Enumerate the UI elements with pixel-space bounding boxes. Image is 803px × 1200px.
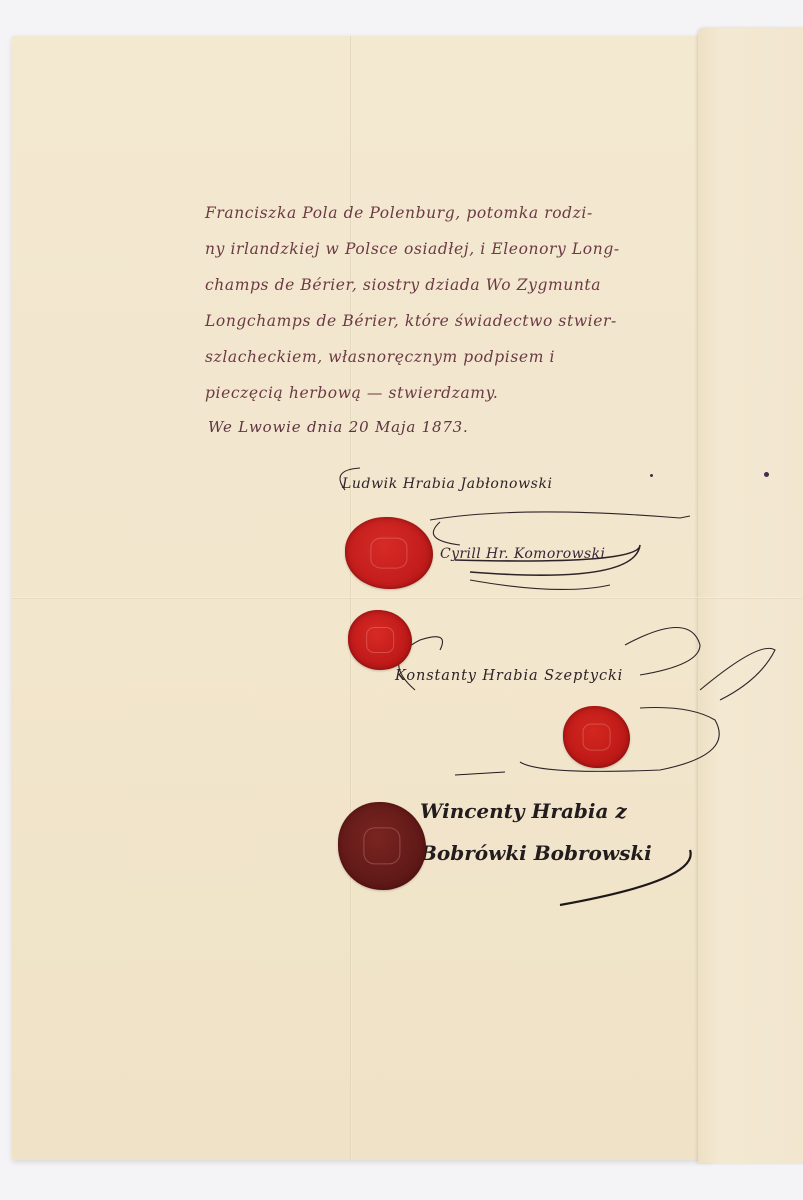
signature-szeptycki: Konstanty Hrabia Szeptycki <box>395 668 623 684</box>
coat-of-arms-icon <box>370 538 407 569</box>
signature-bobrowski-line1: Wincenty Hrabia z <box>420 790 652 832</box>
body-line: pieczęcią herbową — stwierdzamy. <box>205 375 645 411</box>
horizontal-fold-line <box>12 597 802 599</box>
coat-of-arms-icon <box>366 627 394 653</box>
date-place-line: We Lwowie dnia 20 Maja 1873. <box>208 418 469 436</box>
body-line: szlacheckiem, własnoręcznym podpisem i <box>205 339 645 375</box>
signature-bobrowski-line2: Bobrówki Bobrowski <box>420 832 652 874</box>
body-line: champs de Bérier, siostry dziada Wo Zygm… <box>205 267 645 303</box>
wax-seal-icon <box>338 802 426 890</box>
signature-jablonowski: Ludwik Hrabia Jabłonowski <box>342 476 553 492</box>
wax-seal-icon <box>348 610 412 670</box>
certificate-body-text: Franciszka Pola de Polenburg, potomka ro… <box>205 195 645 411</box>
coat-of-arms-icon <box>363 827 400 864</box>
signature-bobrowski: Wincenty Hrabia z Bobrówki Bobrowski <box>420 790 652 874</box>
signature-komorowski: Cyrill Hr. Komorowski <box>440 546 605 562</box>
body-line: Longchamps de Bérier, które świadectwo s… <box>205 303 645 339</box>
wax-seal-icon <box>345 517 433 589</box>
ink-spot <box>650 474 653 477</box>
coat-of-arms-icon <box>582 724 611 751</box>
document-sheet-adjacent-page <box>698 28 803 1163</box>
ink-spot <box>764 472 769 477</box>
body-line: ny irlandzkiej w Polsce osiadłej, i Eleo… <box>205 231 645 267</box>
body-line: Franciszka Pola de Polenburg, potomka ro… <box>205 195 645 231</box>
wax-seal-icon <box>563 706 630 768</box>
